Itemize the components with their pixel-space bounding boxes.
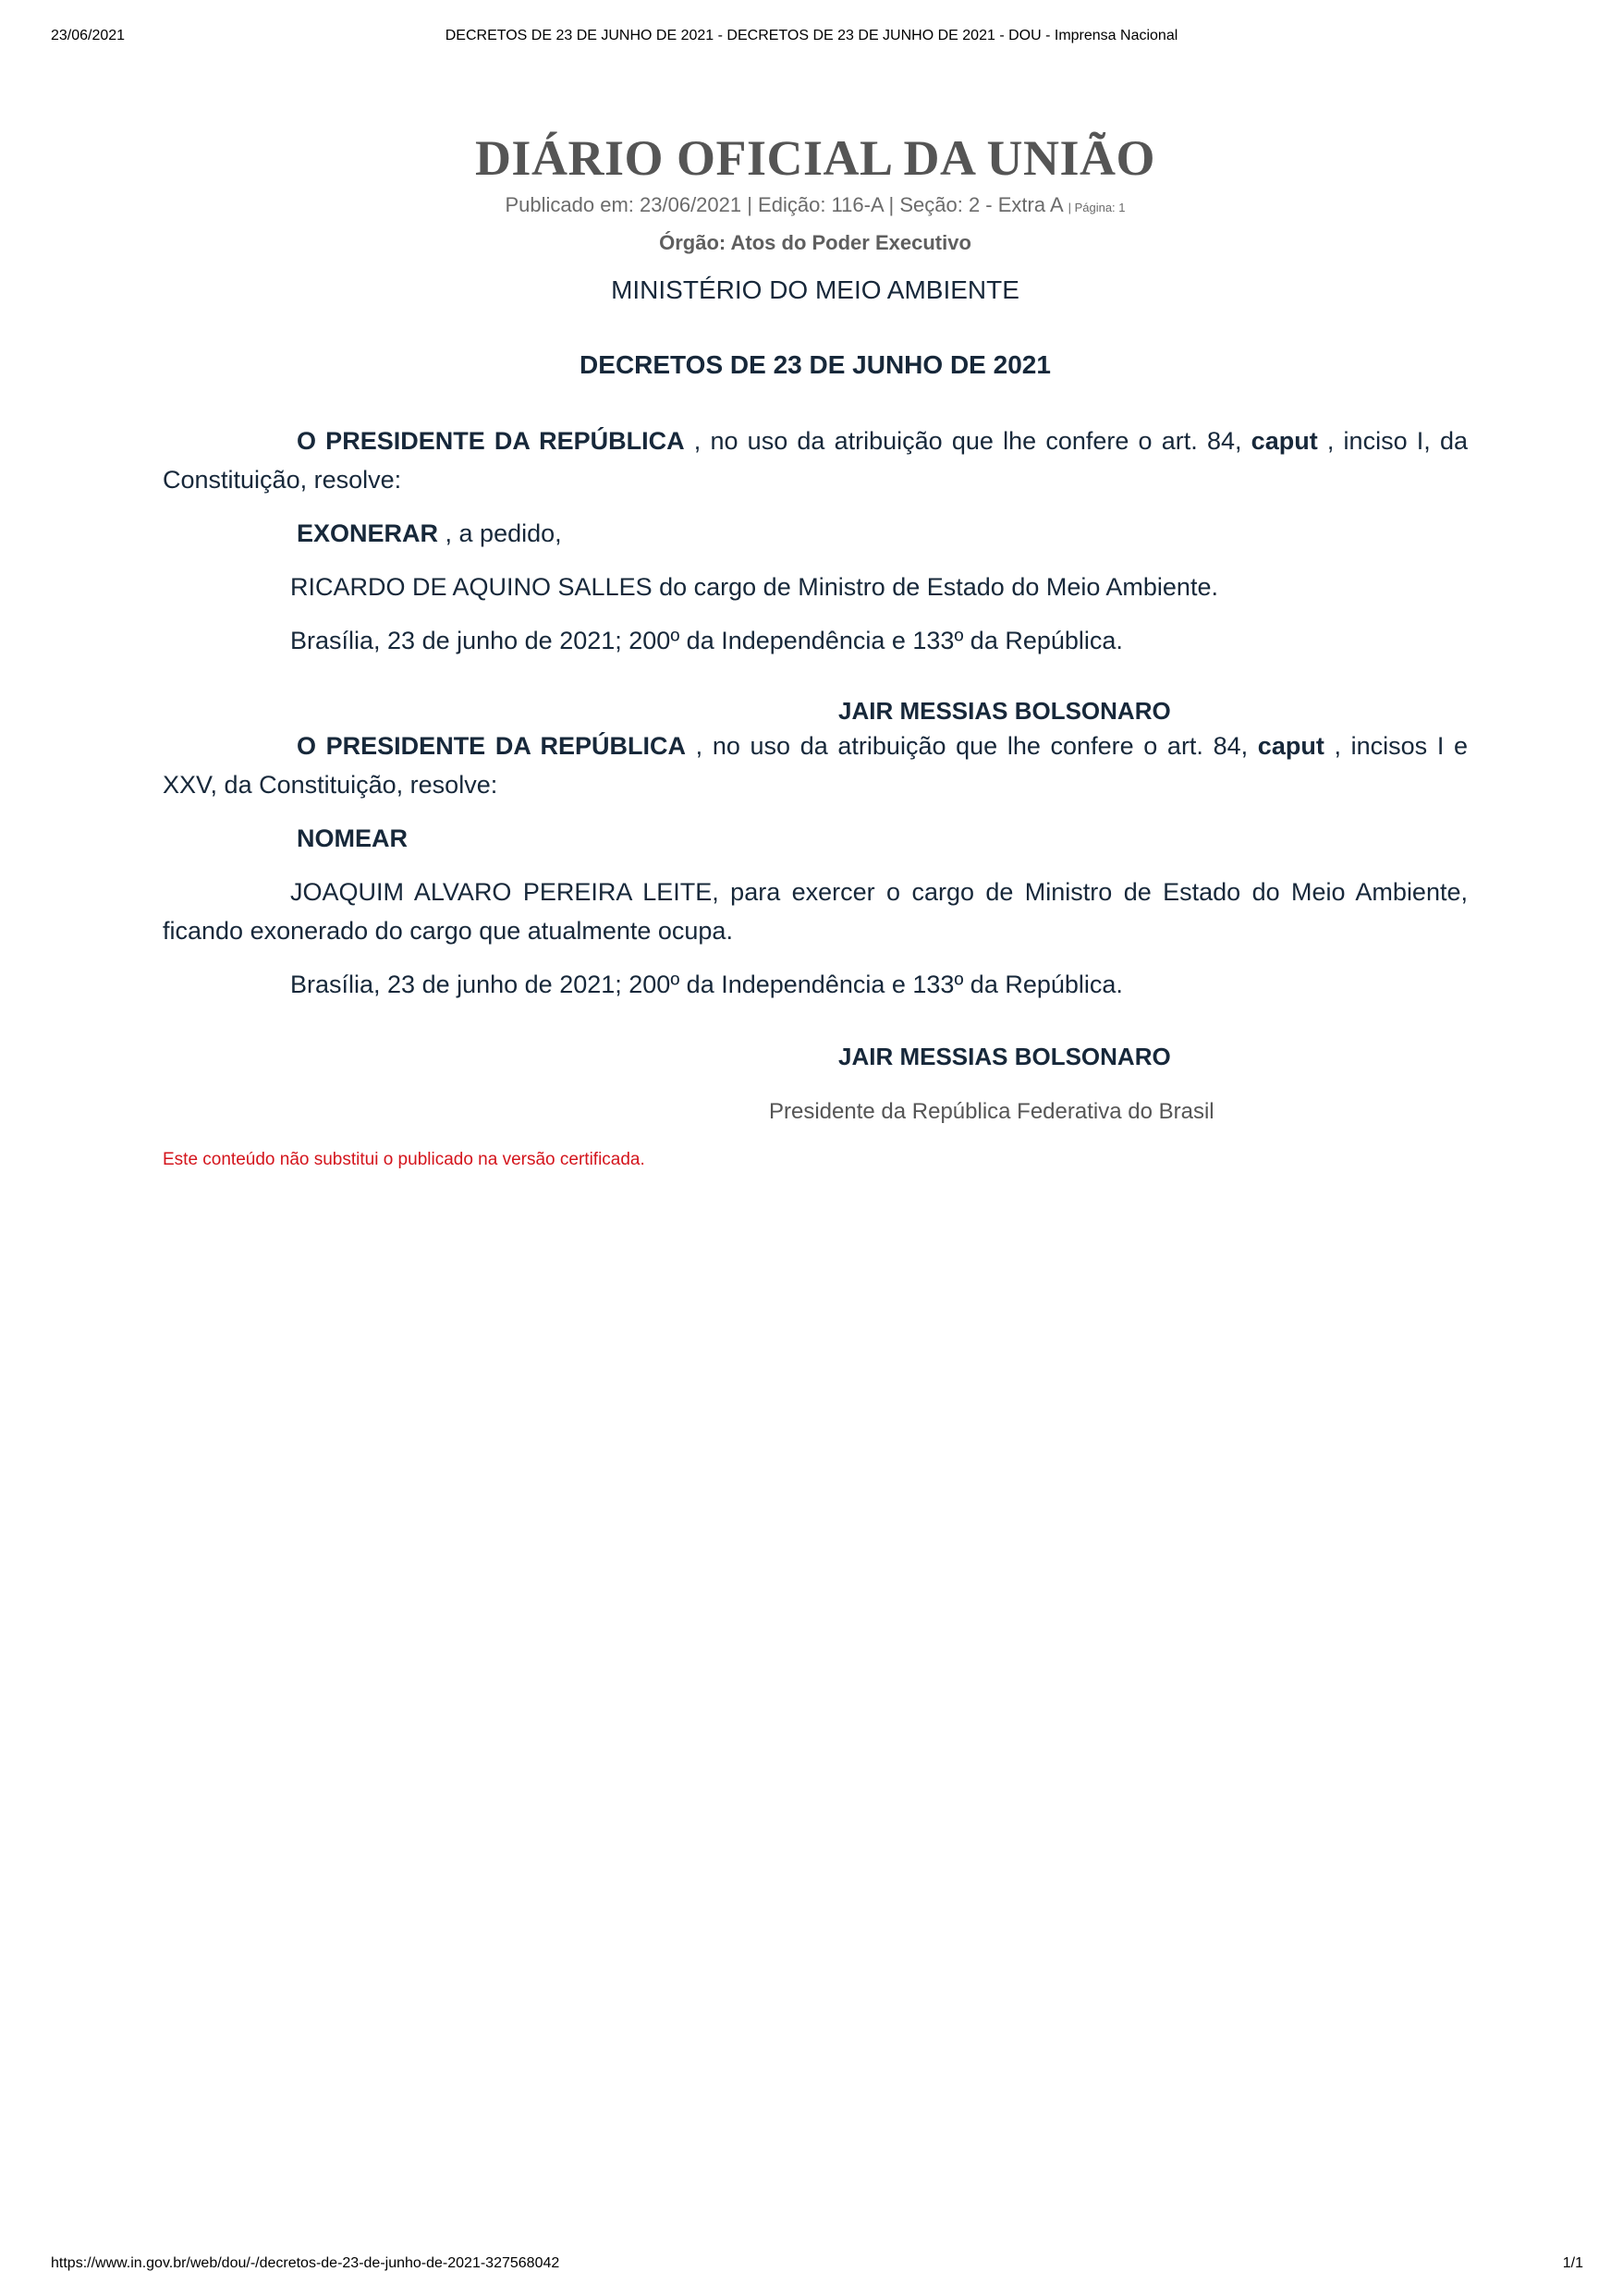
document: DIÁRIO OFICIAL DA UNIÃO Publicado em: 23… (163, 129, 1468, 1172)
decree2-caput: caput (1258, 732, 1324, 760)
decree1-action-verb: EXONERAR (297, 519, 438, 547)
decree1-preamble: O PRESIDENTE DA REPÚBLICA , no uso da at… (163, 421, 1468, 499)
decree2-signature: JAIR MESSIAS BOLSONARO (838, 1041, 1468, 1072)
decree1-action-rest: , a pedido, (438, 519, 562, 547)
orgao: Órgão: Atos do Poder Executivo (163, 230, 1468, 256)
print-title: DECRETOS DE 23 DE JUNHO DE 2021 - DECRET… (0, 28, 1623, 44)
print-page-count: 1/1 (1563, 2255, 1583, 2272)
decree2-subject: O PRESIDENTE DA REPÚBLICA (297, 732, 686, 760)
publication-info: Publicado em: 23/06/2021 | Edição: 116-A… (163, 192, 1468, 221)
decree2-preamble-a: , no uso da atribuição que lhe confere o… (686, 732, 1258, 760)
page-number: | Página: 1 (1068, 201, 1126, 214)
decree1-place-date: Brasília, 23 de junho de 2021; 200º da I… (163, 621, 1468, 660)
publication-details: Publicado em: 23/06/2021 | Edição: 116-A… (505, 193, 1062, 216)
masthead: DIÁRIO OFICIAL DA UNIÃO (163, 129, 1468, 187)
decree2-preamble: O PRESIDENTE DA REPÚBLICA , no uso da at… (163, 727, 1468, 804)
decree-title: DECRETOS DE 23 DE JUNHO DE 2021 (163, 349, 1468, 381)
decree2-action-verb: NOMEAR (297, 824, 408, 852)
ministry: MINISTÉRIO DO MEIO AMBIENTE (163, 275, 1468, 306)
print-url: https://www.in.gov.br/web/dou/-/decretos… (51, 2255, 559, 2272)
decree2-place-date: Brasília, 23 de junho de 2021; 200º da I… (163, 965, 1468, 1004)
decree1-signature: JAIR MESSIAS BOLSONARO (838, 695, 1468, 727)
decree2-action: NOMEAR (163, 819, 1468, 858)
signatory-role: Presidente da República Federativa do Br… (769, 1098, 1468, 1126)
decree1-caput: caput (1251, 427, 1318, 455)
decree1-subject: O PRESIDENTE DA REPÚBLICA (297, 427, 685, 455)
decree1-body: RICARDO DE AQUINO SALLES do cargo de Min… (163, 568, 1468, 606)
decree1-preamble-a: , no uso da atribuição que lhe confere o… (685, 427, 1251, 455)
disclaimer: Este conteúdo não substitui o publicado … (163, 1148, 1468, 1172)
decree1-action: EXONERAR , a pedido, (163, 514, 1468, 553)
decree2-body: JOAQUIM ALVARO PEREIRA LEITE, para exerc… (163, 873, 1468, 950)
print-header: 23/06/2021 DECRETOS DE 23 DE JUNHO DE 20… (0, 28, 1623, 48)
